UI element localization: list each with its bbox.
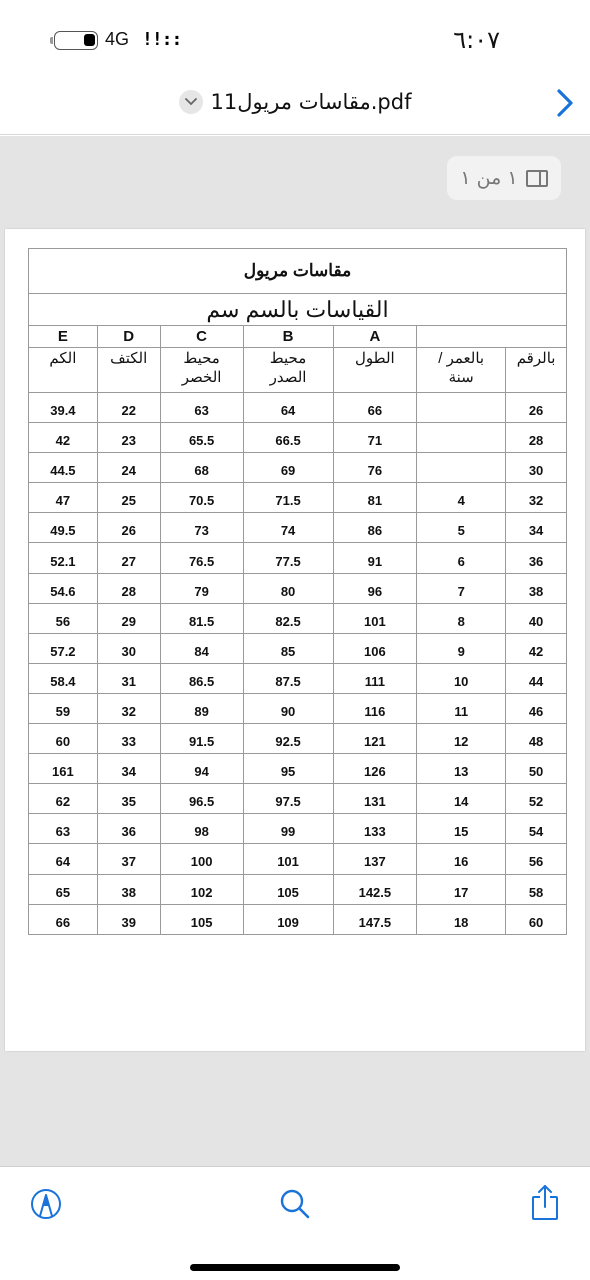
cell-chest: 95	[243, 754, 333, 784]
cell-length: 91	[333, 543, 417, 573]
cell-age: 16	[417, 844, 506, 874]
home-indicator[interactable]	[190, 1264, 400, 1271]
column-letter-c: C	[160, 326, 243, 348]
cell-length: 131	[333, 784, 417, 814]
cell-shoulder: 29	[97, 603, 160, 633]
table-subtitle: القياسات بالسم سم	[29, 294, 567, 326]
cell-size-number: 54	[506, 814, 567, 844]
cell-shoulder: 27	[97, 543, 160, 573]
cell-age: 6	[417, 543, 506, 573]
cell-age: 17	[417, 874, 506, 904]
cell-waist: 94	[160, 754, 243, 784]
network-type: 4G	[105, 29, 129, 50]
header-length: الطول	[333, 348, 417, 393]
clock: ٦:٠٧	[453, 26, 500, 54]
chevron-right-icon	[556, 88, 574, 118]
cell-chest: 77.5	[243, 543, 333, 573]
cell-age	[417, 423, 506, 453]
column-headers-row: بالرقم بالعمر / سنة الطول محيط الصدر محي…	[29, 348, 567, 393]
cell-waist: 79	[160, 573, 243, 603]
header-chest: محيط الصدر	[243, 348, 333, 393]
cell-sleeve: 60	[29, 724, 98, 754]
column-letter-d: D	[97, 326, 160, 348]
cell-sleeve: 62	[29, 784, 98, 814]
cell-sleeve: 49.5	[29, 513, 98, 543]
cell-shoulder: 25	[97, 483, 160, 513]
cell-size-number: 48	[506, 724, 567, 754]
cell-length: 137	[333, 844, 417, 874]
cell-chest: 71.5	[243, 483, 333, 513]
cell-age: 14	[417, 784, 506, 814]
table-row: 42910685843057.2	[29, 633, 567, 663]
table-row: 3248171.570.52547	[29, 483, 567, 513]
pdf-viewer[interactable]: ١ من ١ مقاسات مريول القياسات بالسم سم A …	[0, 136, 590, 1166]
cell-waist: 105	[160, 904, 243, 934]
cell-shoulder: 39	[97, 904, 160, 934]
battery-icon	[54, 31, 98, 50]
table-row: 3458674732649.5	[29, 513, 567, 543]
cell-size-number: 36	[506, 543, 567, 573]
cell-age: 11	[417, 693, 506, 723]
cell-age: 10	[417, 663, 506, 693]
cell-length: 96	[333, 573, 417, 603]
cell-chest: 99	[243, 814, 333, 844]
document-title: مقاسات مريول11.pdf	[211, 90, 412, 114]
cell-shoulder: 34	[97, 754, 160, 784]
cell-age	[417, 453, 506, 483]
cell-size-number: 28	[506, 423, 567, 453]
cell-shoulder: 38	[97, 874, 160, 904]
cell-sleeve: 56	[29, 603, 98, 633]
markup-icon	[29, 1187, 63, 1221]
cell-length: 116	[333, 693, 417, 723]
cell-sleeve: 47	[29, 483, 98, 513]
cell-age: 8	[417, 603, 506, 633]
share-button[interactable]	[528, 1183, 562, 1217]
header-sleeve: الكم	[29, 348, 98, 393]
cell-waist: 76.5	[160, 543, 243, 573]
cell-length: 86	[333, 513, 417, 543]
cell-length: 101	[333, 603, 417, 633]
markup-button[interactable]	[29, 1187, 63, 1221]
cell-waist: 70.5	[160, 483, 243, 513]
cell-sleeve: 59	[29, 693, 98, 723]
table-row: 461111690893259	[29, 693, 567, 723]
cell-size-number: 38	[506, 573, 567, 603]
cell-shoulder: 33	[97, 724, 160, 754]
table-title: مقاسات مريول	[29, 249, 567, 294]
cell-sleeve: 64	[29, 844, 98, 874]
search-icon	[278, 1187, 312, 1221]
cell-waist: 102	[160, 874, 243, 904]
cell-chest: 90	[243, 693, 333, 723]
table-row: 5817142.51051023865	[29, 874, 567, 904]
cell-chest: 82.5	[243, 603, 333, 633]
table-row: 56161371011003764	[29, 844, 567, 874]
cell-waist: 68	[160, 453, 243, 483]
cell-shoulder: 26	[97, 513, 160, 543]
cell-sleeve: 39.4	[29, 393, 98, 423]
column-letter-b: B	[243, 326, 333, 348]
cell-shoulder: 31	[97, 663, 160, 693]
column-letter-e: E	[29, 326, 98, 348]
cell-length: 111	[333, 663, 417, 693]
cell-waist: 98	[160, 814, 243, 844]
cell-length: 66	[333, 393, 417, 423]
table-row: 481212192.591.53360	[29, 724, 567, 754]
cell-size-number: 46	[506, 693, 567, 723]
cell-chest: 69	[243, 453, 333, 483]
cell-length: 147.5	[333, 904, 417, 934]
cell-chest: 85	[243, 633, 333, 663]
cell-chest: 101	[243, 844, 333, 874]
cell-length: 126	[333, 754, 417, 784]
cell-shoulder: 35	[97, 784, 160, 814]
table-row: 307669682444.5	[29, 453, 567, 483]
cell-age: 9	[417, 633, 506, 663]
cell-size-number: 26	[506, 393, 567, 423]
cell-age: 4	[417, 483, 506, 513]
cell-sleeve: 57.2	[29, 633, 98, 663]
cell-shoulder: 22	[97, 393, 160, 423]
cell-waist: 81.5	[160, 603, 243, 633]
sidebar-icon	[526, 170, 548, 187]
cell-size-number: 34	[506, 513, 567, 543]
cell-chest: 66.5	[243, 423, 333, 453]
cell-waist: 65.5	[160, 423, 243, 453]
search-button[interactable]	[278, 1187, 312, 1221]
size-chart-table: مقاسات مريول القياسات بالسم سم A B C D E…	[28, 248, 567, 935]
table-row: 441011187.586.53158.4	[29, 663, 567, 693]
cell-waist: 73	[160, 513, 243, 543]
cell-age: 7	[417, 573, 506, 603]
cell-shoulder: 32	[97, 693, 160, 723]
cell-chest: 92.5	[243, 724, 333, 754]
header-waist: محيط الخصر	[160, 348, 243, 393]
cell-waist: 89	[160, 693, 243, 723]
cell-size-number: 56	[506, 844, 567, 874]
cell-length: 81	[333, 483, 417, 513]
cell-age: 12	[417, 724, 506, 754]
table-row: 521413197.596.53562	[29, 784, 567, 814]
table-row: 541513399983663	[29, 814, 567, 844]
cell-size-number: 44	[506, 663, 567, 693]
cell-shoulder: 37	[97, 844, 160, 874]
cell-sleeve: 63	[29, 814, 98, 844]
cell-age: 13	[417, 754, 506, 784]
cell-waist: 91.5	[160, 724, 243, 754]
table-row: 3879680792854.6	[29, 573, 567, 603]
pdf-page: مقاسات مريول القياسات بالسم سم A B C D E…	[5, 229, 585, 1051]
table-row: 3669177.576.52752.1	[29, 543, 567, 573]
header-shoulder: الكتف	[97, 348, 160, 393]
cell-shoulder: 23	[97, 423, 160, 453]
cell-shoulder: 24	[97, 453, 160, 483]
cell-length: 76	[333, 453, 417, 483]
cell-size-number: 32	[506, 483, 567, 513]
cell-age: 18	[417, 904, 506, 934]
header-age: بالعمر / سنة	[417, 348, 506, 393]
table-row: 266664632239.4	[29, 393, 567, 423]
document-title-menu[interactable]: مقاسات مريول11.pdf	[0, 90, 590, 114]
cell-chest: 105	[243, 874, 333, 904]
chevron-down-icon[interactable]	[179, 90, 203, 114]
signal-icon: !!::	[142, 29, 181, 50]
cell-length: 142.5	[333, 874, 417, 904]
cell-shoulder: 36	[97, 814, 160, 844]
header-size-number: بالرقم	[506, 348, 567, 393]
cell-sleeve: 58.4	[29, 663, 98, 693]
nav-bar: مقاسات مريول11.pdf	[0, 80, 590, 135]
cell-chest: 97.5	[243, 784, 333, 814]
cell-sleeve: 65	[29, 874, 98, 904]
table-row: 6018147.51091053966	[29, 904, 567, 934]
cell-sleeve: 54.6	[29, 573, 98, 603]
page-indicator[interactable]: ١ من ١	[447, 156, 561, 200]
cell-age: 15	[417, 814, 506, 844]
cell-size-number: 58	[506, 874, 567, 904]
table-row: 5013126959434161	[29, 754, 567, 784]
cell-size-number: 50	[506, 754, 567, 784]
cell-waist: 84	[160, 633, 243, 663]
cell-length: 106	[333, 633, 417, 663]
cell-chest: 109	[243, 904, 333, 934]
cell-size-number: 30	[506, 453, 567, 483]
cell-shoulder: 30	[97, 633, 160, 663]
cell-length: 133	[333, 814, 417, 844]
share-icon	[528, 1183, 562, 1221]
status-bar: 4G !!:: ٦:٠٧	[0, 0, 590, 80]
cell-sleeve: 52.1	[29, 543, 98, 573]
column-letters-row: A B C D E	[29, 326, 567, 348]
cell-size-number: 40	[506, 603, 567, 633]
cell-size-number: 52	[506, 784, 567, 814]
cell-shoulder: 28	[97, 573, 160, 603]
cell-size-number: 42	[506, 633, 567, 663]
cell-waist: 63	[160, 393, 243, 423]
cell-length: 71	[333, 423, 417, 453]
cell-sleeve: 42	[29, 423, 98, 453]
table-row: 287166.565.52342	[29, 423, 567, 453]
cell-chest: 87.5	[243, 663, 333, 693]
table-row: 40810182.581.52956	[29, 603, 567, 633]
cell-sleeve: 161	[29, 754, 98, 784]
page-count-text: ١ من ١	[460, 167, 517, 189]
cell-chest: 74	[243, 513, 333, 543]
bottom-toolbar	[0, 1166, 590, 1280]
column-letter-blank	[417, 326, 567, 348]
cell-age: 5	[417, 513, 506, 543]
back-button[interactable]	[556, 88, 574, 126]
cell-waist: 96.5	[160, 784, 243, 814]
cell-waist: 100	[160, 844, 243, 874]
cell-size-number: 60	[506, 904, 567, 934]
column-letter-a: A	[333, 326, 417, 348]
cell-sleeve: 44.5	[29, 453, 98, 483]
cell-age	[417, 393, 506, 423]
cell-chest: 80	[243, 573, 333, 603]
cell-sleeve: 66	[29, 904, 98, 934]
cell-waist: 86.5	[160, 663, 243, 693]
cell-length: 121	[333, 724, 417, 754]
cell-chest: 64	[243, 393, 333, 423]
